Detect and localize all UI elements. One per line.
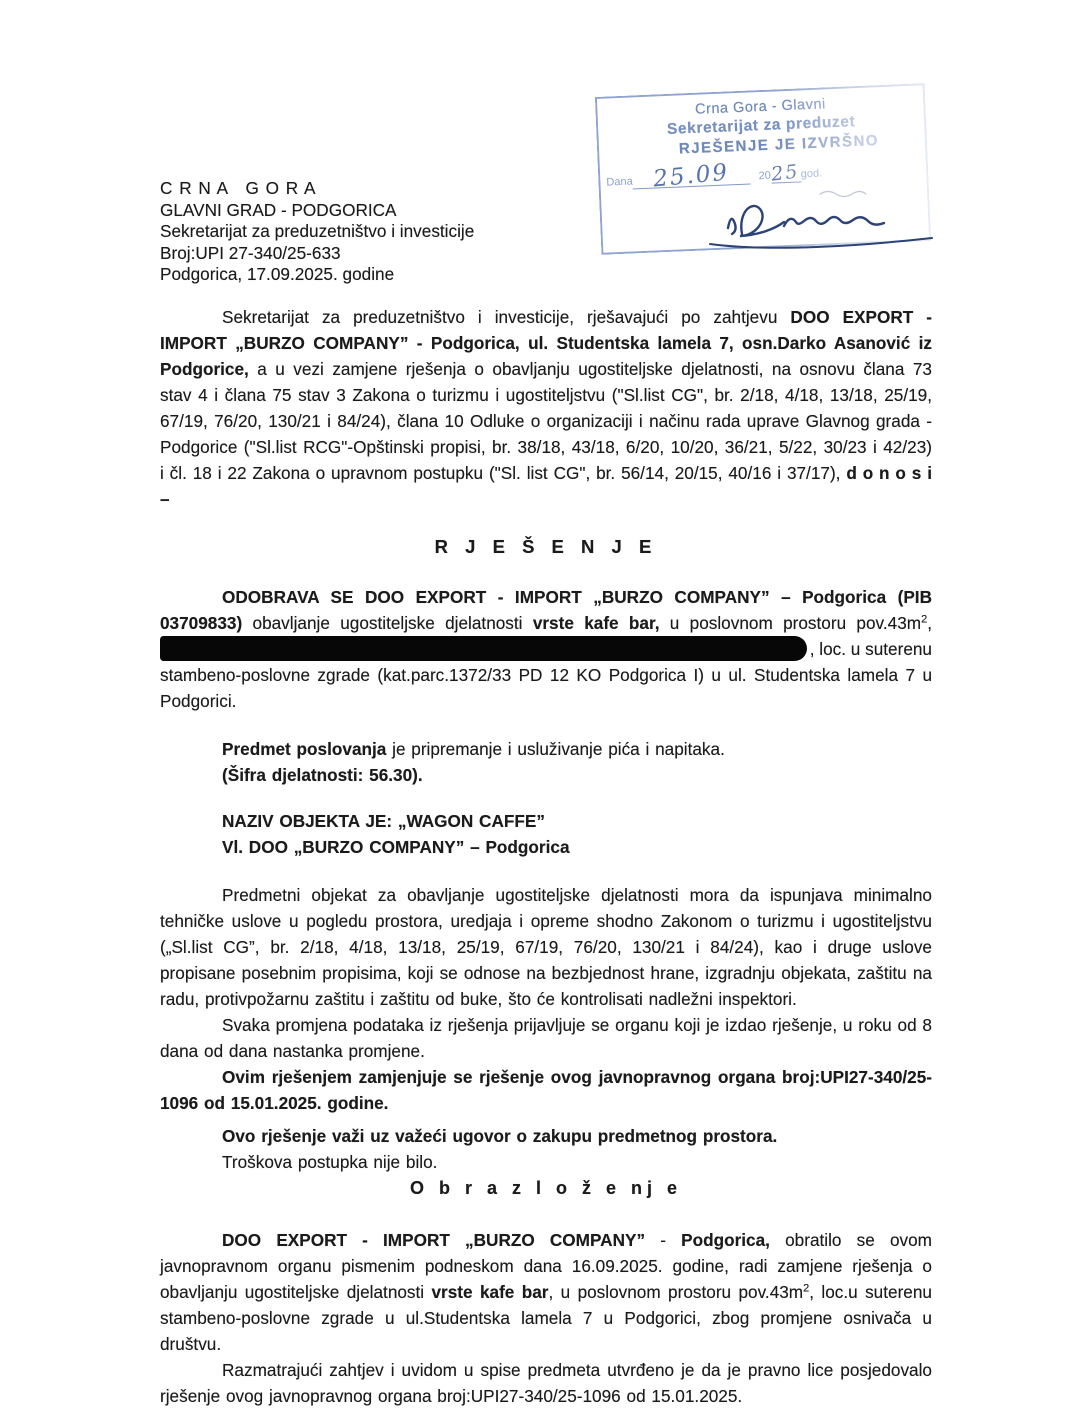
redaction-bar <box>160 636 807 661</box>
letterhead-city: GLAVNI GRAD - PODGORICA <box>160 200 932 222</box>
letterhead-place-date: Podgorica, 17.09.2025. godine <box>160 264 932 286</box>
paragraph-razmatranje: Razmatrajući zahtjev i uvidom u spise pr… <box>160 1357 932 1408</box>
paragraph-obratilo: DOO EXPORT - IMPORT „BURZO COMPANY” - Po… <box>160 1227 932 1357</box>
document-content: C R N A G O R A GLAVNI GRAD - PODGORICA … <box>160 178 932 1408</box>
redacted-address-line: , loc. u suterenu <box>160 636 932 662</box>
paragraph-predmet: Predmet poslovanja je pripremanje i uslu… <box>160 736 932 762</box>
heading-rjesenje: R J E Š E N J E <box>160 534 932 560</box>
paragraph-vlasnik: Vl. DOO „BURZO COMPANY” – Podgorica <box>160 834 932 860</box>
document-body: Sekretarijat za preduzetništvo i investi… <box>160 304 932 1408</box>
scanned-document-page: Crna Gora - Glavni Sekretarijat za predu… <box>0 0 1088 1408</box>
paragraph-uslovi: Predmetni objekat za obavljanje ugostite… <box>160 882 932 1012</box>
letterhead-country: C R N A G O R A <box>160 178 932 200</box>
heading-obrazlozenje: O b r a z l o ž e nj e <box>160 1175 932 1201</box>
paragraph-odobrava: ODOBRAVA SE DOO EXPORT - IMPORT „BURZO C… <box>160 584 932 636</box>
paragraph-naziv-objekta: NAZIV OBJEKTA JE: „WAGON CAFFE” <box>160 808 932 834</box>
letterhead-department: Sekretarijat za preduzetništvo i investi… <box>160 221 932 243</box>
letterhead: C R N A G O R A GLAVNI GRAD - PODGORICA … <box>160 178 932 286</box>
paragraph-odobrava-cont: stambeno-poslovne zgrade (kat.parc.1372/… <box>160 662 932 714</box>
paragraph-promjena: Svaka promjena podataka iz rješenja prij… <box>160 1012 932 1064</box>
letterhead-case-number: Broj:UPI 27-340/25-633 <box>160 243 932 265</box>
paragraph-sifra: (Šifra djelatnosti: 56.30). <box>160 762 932 788</box>
paragraph-troskovi: Troškova postupka nije bilo. <box>160 1149 932 1175</box>
paragraph-ugovor: Ovo rješenje važi uz važeći ugovor o zak… <box>160 1123 932 1149</box>
paragraph-intro: Sekretarijat za preduzetništvo i investi… <box>160 304 932 512</box>
redaction-tail-text: , loc. u suterenu <box>810 636 932 662</box>
paragraph-zamjena: Ovim rješenjem zamjenjuje se rješenje ov… <box>160 1064 932 1116</box>
